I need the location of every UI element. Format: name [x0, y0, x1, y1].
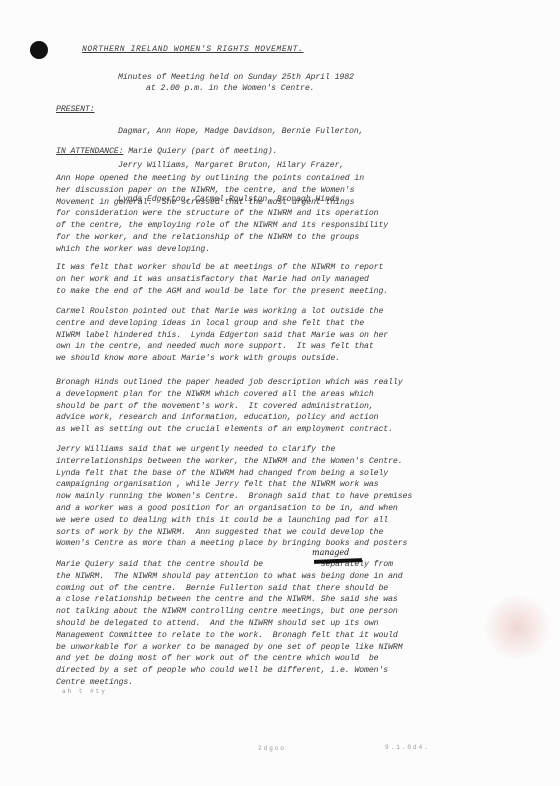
text-line: for the worker, and the relationship of …: [56, 232, 388, 244]
text-line: directed by a set of people who could we…: [56, 665, 403, 677]
text-line: coming out of the centre. Bernie Fullert…: [56, 583, 403, 595]
text-line: own in the centre, and needed much more …: [56, 341, 388, 353]
paragraph-3: Carmel Roulston pointed out that Marie w…: [56, 306, 388, 365]
meeting-subtitle-line1: Minutes of Meeting held on Sunday 25th A…: [118, 72, 354, 83]
text-line: Bronagh Hinds outlined the paper headed …: [56, 377, 403, 389]
text-line: we should know more about Marie's work w…: [56, 353, 388, 365]
text-line: Management Committee to relate to the wo…: [56, 630, 403, 642]
illegible-marks: ah t #ty: [62, 688, 107, 695]
paragraph-1: Ann Hope opened the meeting by outlining…: [56, 173, 388, 256]
text-line: a development plan for the NIWRM which c…: [56, 389, 403, 401]
text-line: advice work, research and information, e…: [56, 412, 403, 424]
stain-mark: [485, 595, 550, 660]
text-line: for consideration were the structure of …: [56, 208, 388, 220]
text-line: the NIWRM. The NIWRM should pay attentio…: [56, 571, 403, 583]
handwritten-correction: managed: [312, 548, 349, 557]
text-line: Lynda felt that the base of the NIWRM ha…: [56, 468, 412, 480]
text-line: Women's Centre as more than a meeting pl…: [56, 538, 412, 550]
text-line: not talking about the NIWRM controlling …: [56, 606, 403, 618]
text-line: a close relationship between the centre …: [56, 594, 403, 606]
text-line: Carmel Roulston pointed out that Marie w…: [56, 306, 388, 318]
text-line: centre and developing ideas in local gro…: [56, 318, 388, 330]
text-line: NIWRM label hindered this. Lynda Edgerto…: [56, 330, 388, 342]
text-line: which the worker was developing.: [56, 244, 388, 256]
document-page: NORTHERN IRELAND WOMEN'S RIGHTS MOVEMENT…: [0, 0, 560, 786]
punch-hole: [30, 41, 48, 59]
text-line: Centre meetings.: [56, 677, 403, 689]
text-line: sorts of work by the NIWRM. Ann suggeste…: [56, 527, 412, 539]
illegible-marks: 2dgoo: [258, 745, 286, 752]
text-line: as well as setting out the crucial eleme…: [56, 424, 403, 436]
present-line: Dagmar, Ann Hope, Madge Davidson, Bernie…: [118, 126, 363, 137]
text-line: campaigning organisation , while Jerry f…: [56, 479, 412, 491]
paragraph-5: Jerry Williams said that we urgently nee…: [56, 444, 412, 550]
document-title: NORTHERN IRELAND WOMEN'S RIGHTS MOVEMENT…: [82, 44, 303, 55]
text-line: and yet be doing most of her work out of…: [56, 653, 403, 665]
paragraph-4: Bronagh Hinds outlined the paper headed …: [56, 377, 403, 436]
text-line: and a worker was a good position for an …: [56, 503, 412, 515]
present-label: PRESENT:: [56, 104, 95, 115]
paragraph-2: It was felt that worker should be at mee…: [56, 262, 388, 297]
text-line: Movement in general. She stressed that t…: [56, 197, 388, 209]
text-line: should be part of the movement's work. I…: [56, 401, 403, 413]
text-line: Ann Hope opened the meeting by outlining…: [56, 173, 388, 185]
attendance-text: Marie Quiery (part of meeting).: [123, 147, 277, 156]
text-line: of the centre, the employing role of the…: [56, 220, 388, 232]
paragraph-6: Marie Quiery said that the centre should…: [56, 559, 403, 689]
text-line: It was felt that worker should be at mee…: [56, 262, 388, 274]
text-line: Jerry Williams said that we urgently nee…: [56, 444, 412, 456]
text-line: to make the end of the AGM and would be …: [56, 286, 388, 298]
text-line: on her work and it was unsatisfactory th…: [56, 274, 388, 286]
illegible-marks: 9.1.0d4.: [385, 744, 430, 751]
text-line: her discussion paper on the NIWRM, the c…: [56, 185, 388, 197]
text-line: now mainly running the Women's Centre. B…: [56, 491, 412, 503]
text-line: should be delegated to attend. And the N…: [56, 618, 403, 630]
meeting-subtitle-line2: at 2.00 p.m. in the Women's Centre.: [146, 83, 314, 94]
text-line: interrelationships between the worker, t…: [56, 456, 412, 468]
text-line: be unworkable for a worker to be managed…: [56, 642, 403, 654]
attendance-label: IN ATTENDANCE:: [56, 147, 123, 156]
text-line: we were used to dealing with this it cou…: [56, 515, 412, 527]
present-line: Jerry Williams, Margaret Bruton, Hilary …: [118, 160, 363, 171]
attendance: IN ATTENDANCE: Marie Quiery (part of mee…: [56, 146, 277, 157]
